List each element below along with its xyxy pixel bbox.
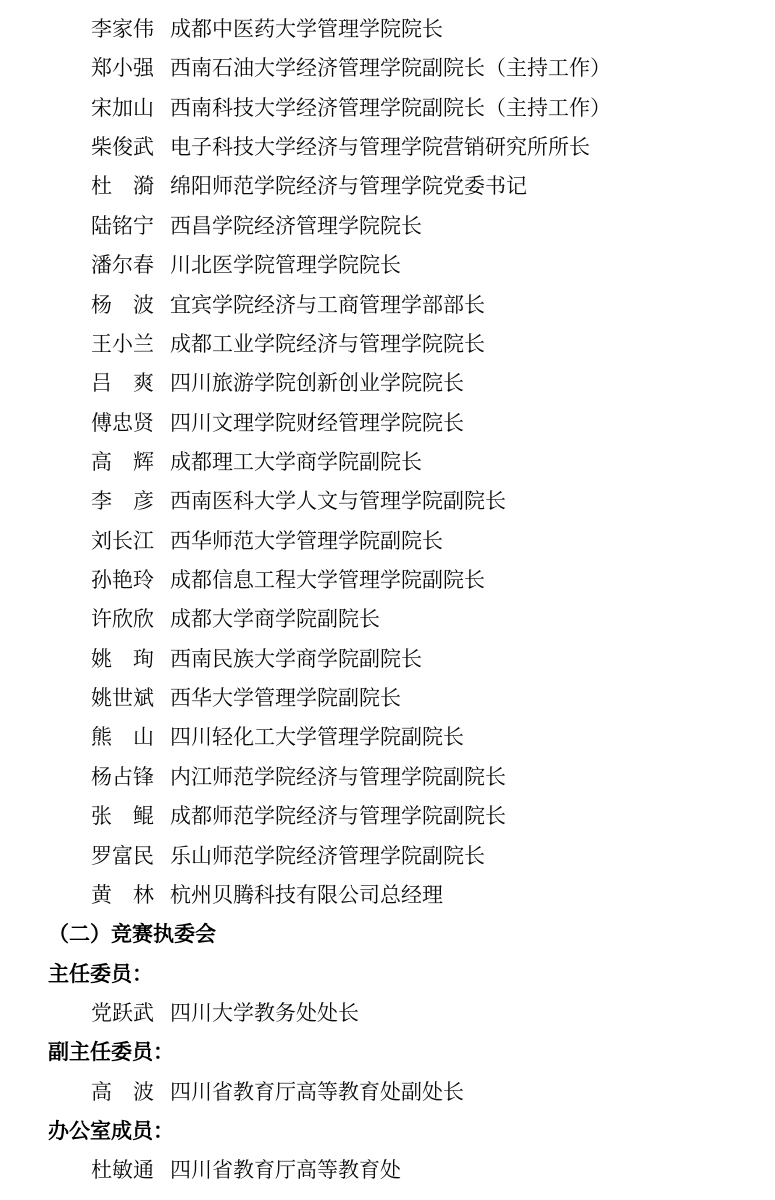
member-name: 柴俊武 [91,128,157,167]
member-row: 熊 山四川轻化工大学管理学院副院长 [0,718,775,757]
member-title: 成都工业学院经济与管理学院院长 [170,332,485,356]
member-row: 杜敏通四川省教育厅高等教育处 [0,1151,775,1190]
member-name: 张 鲲 [91,797,157,836]
member-name: 傅忠贤 [91,404,157,443]
member-row: 杨 波宜宾学院经济与工商管理学部部长 [0,286,775,325]
member-title: 四川旅游学院创新创业学院院长 [170,371,464,395]
member-name: 杨占锋 [91,758,157,797]
member-name: 杨 波 [91,286,157,325]
member-title: 杭州贝腾科技有限公司总经理 [170,883,443,907]
member-title: 成都中医药大学管理学院院长 [170,17,443,41]
member-name: 姚世斌 [91,679,157,718]
member-title: 四川省教育厅高等教育处副处长 [170,1080,464,1104]
member-title: 西南科技大学经济管理学院副院长（主持工作） [170,96,611,120]
member-name: 王小兰 [91,325,157,364]
role-heading: 副主任委员： [0,1033,775,1072]
member-row: 王小兰成都工业学院经济与管理学院院长 [0,325,775,364]
member-row: 高 辉成都理工大学商学院副院长 [0,443,775,482]
member-title: 四川省教育厅高等教育处 [170,1158,401,1182]
member-title: 成都理工大学商学院副院长 [170,450,422,474]
member-title: 宜宾学院经济与工商管理学部部长 [170,293,485,317]
member-name: 潘尔春 [91,246,157,285]
member-title: 西南民族大学商学院副院长 [170,647,422,671]
member-name: 杜敏通 [91,1151,157,1190]
member-title: 内江师范学院经济与管理学院副院长 [170,765,506,789]
member-title: 四川大学教务处处长 [170,1001,359,1025]
document-page: 李家伟成都中医药大学管理学院院长郑小强西南石油大学经济管理学院副院长（主持工作）… [0,0,775,1191]
member-row: 李 彦西南医科大学人文与管理学院副院长 [0,482,775,521]
member-name: 宋加山 [91,89,157,128]
member-name: 党跃武 [91,994,157,1033]
member-row: 郑小强西南石油大学经济管理学院副院长（主持工作） [0,49,775,88]
member-title: 西昌学院经济管理学院院长 [170,214,422,238]
member-title: 绵阳师范学院经济与管理学院党委书记 [170,174,527,198]
member-title: 电子科技大学经济与管理学院营销研究所所长 [170,135,590,159]
member-row: 姚 珣西南民族大学商学院副院长 [0,640,775,679]
member-name: 熊 山 [91,718,157,757]
member-name: 李 彦 [91,482,157,521]
member-name: 高 波 [91,1073,157,1112]
member-title: 乐山师范学院经济管理学院副院长 [170,844,485,868]
member-name: 许欣欣 [91,600,157,639]
role-heading: 主任委员： [0,955,775,994]
member-name: 郑小强 [91,49,157,88]
member-row: 孙艳玲成都信息工程大学管理学院副院长 [0,561,775,600]
member-row: 杨占锋内江师范学院经济与管理学院副院长 [0,758,775,797]
member-name: 吕 爽 [91,364,157,403]
member-row: 张 鲲成都师范学院经济与管理学院副院长 [0,797,775,836]
member-name: 孙艳玲 [91,561,157,600]
member-title: 四川文理学院财经管理学院院长 [170,411,464,435]
member-title: 成都师范学院经济与管理学院副院长 [170,804,506,828]
role-heading: 办公室成员： [0,1112,775,1151]
member-title: 西华大学管理学院副院长 [170,686,401,710]
member-row: 杜 漪绵阳师范学院经济与管理学院党委书记 [0,167,775,206]
member-row: 傅忠贤四川文理学院财经管理学院院长 [0,404,775,443]
member-row: 黄 林杭州贝腾科技有限公司总经理 [0,876,775,915]
member-row: 高 波四川省教育厅高等教育处副处长 [0,1073,775,1112]
member-name: 杜 漪 [91,167,157,206]
member-row: 吕 爽四川旅游学院创新创业学院院长 [0,364,775,403]
member-title: 四川轻化工大学管理学院副院长 [170,725,464,749]
member-title: 川北医学院管理学院院长 [170,253,401,277]
member-row: 姚世斌西华大学管理学院副院长 [0,679,775,718]
member-row: 宋加山西南科技大学经济管理学院副院长（主持工作） [0,89,775,128]
member-row: 潘尔春川北医学院管理学院院长 [0,246,775,285]
member-row: 李家伟成都中医药大学管理学院院长 [0,10,775,49]
member-title: 西华师范大学管理学院副院长 [170,529,443,553]
member-name: 罗富民 [91,837,157,876]
member-row: 许欣欣成都大学商学院副院长 [0,600,775,639]
member-row: 刘长江西华师范大学管理学院副院长 [0,522,775,561]
section-heading: （二）竞赛执委会 [0,915,775,954]
member-name: 李家伟 [91,10,157,49]
member-name: 黄 林 [91,876,157,915]
member-title: 成都大学商学院副院长 [170,607,380,631]
member-name: 刘长江 [91,522,157,561]
member-name: 姚 珣 [91,640,157,679]
member-row: 罗富民乐山师范学院经济管理学院副院长 [0,837,775,876]
member-row: 党跃武四川大学教务处处长 [0,994,775,1033]
member-name: 陆铭宁 [91,207,157,246]
member-title: 西南石油大学经济管理学院副院长（主持工作） [170,56,611,80]
member-row: 陆铭宁西昌学院经济管理学院院长 [0,207,775,246]
member-title: 成都信息工程大学管理学院副院长 [170,568,485,592]
member-name: 高 辉 [91,443,157,482]
member-title: 西南医科大学人文与管理学院副院长 [170,489,506,513]
member-row: 柴俊武电子科技大学经济与管理学院营销研究所所长 [0,128,775,167]
